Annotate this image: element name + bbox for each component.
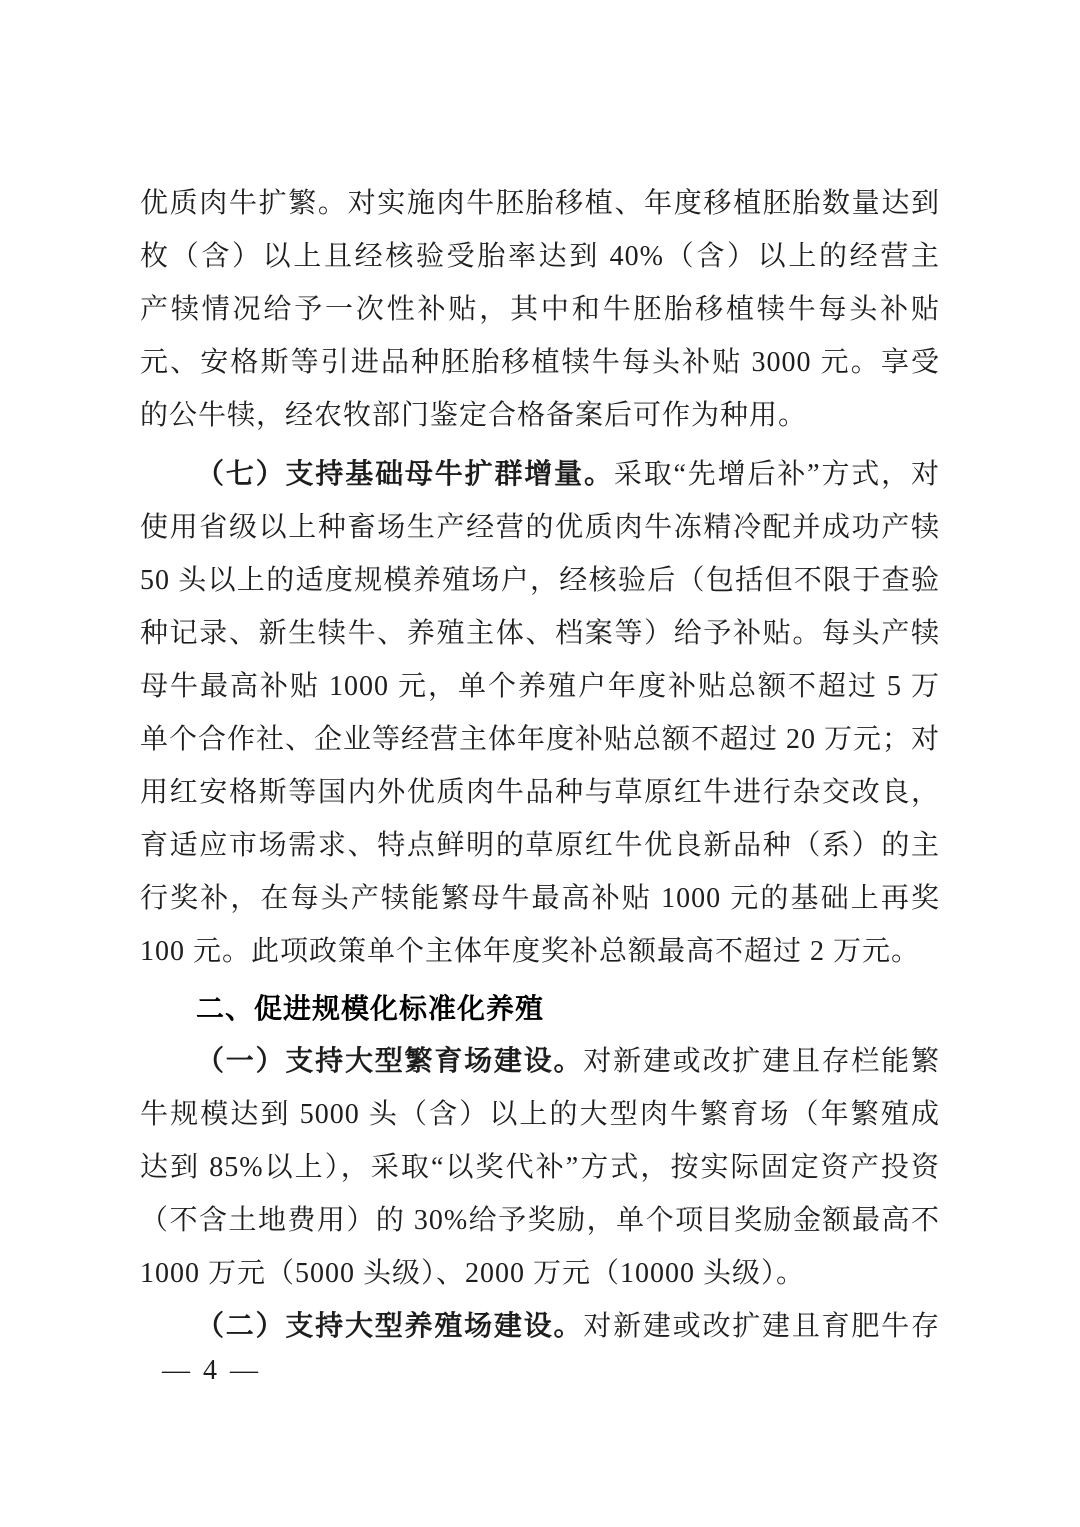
doc-line: （不含土地费用）的 30%给予奖励，单个项目奖励金额最高不超过 xyxy=(140,1194,940,1247)
line-text: 达到 85%以上），采取“以奖代补”方式，按实际固定资产投资总额 xyxy=(140,1152,940,1194)
doc-line: 优质肉牛扩繁。对实施肉牛胚胎移植、年度移植胚胎数量达到 20 xyxy=(140,177,940,230)
doc-line: 牛规模达到 5000 头（含）以上的大型肉牛繁育场（年繁殖成活率 xyxy=(140,1088,940,1141)
doc-line: 使用省级以上种畜场生产经营的优质肉牛冻精冷配并成功产犊 xyxy=(140,501,940,554)
heading-text: 二、促进规模化标准化养殖 xyxy=(196,993,544,1024)
line-text: 育适应市场需求、特点鲜明的草原红牛优良新品种（系）的主体进 xyxy=(140,830,940,872)
doc-line: 达到 85%以上），采取“以奖代补”方式，按实际固定资产投资总额 xyxy=(140,1141,940,1194)
line-text: 使用省级以上种畜场生产经营的优质肉牛冻精冷配并成功产犊 xyxy=(140,512,940,543)
doc-line: 100 元。此项政策单个主体年度奖补总额最高不超过 2 万元。 xyxy=(140,925,940,978)
doc-line: 50 头以上的适度规模养殖场户，经核验后（包括但不限于查验配 xyxy=(140,554,940,607)
line-text: 的公牛犊，经农牧部门鉴定合格备案后可作为种用。 xyxy=(140,400,807,431)
doc-line: 产犊情况给予一次性补贴，其中和牛胚胎移植犊牛每头补贴 4000 xyxy=(140,283,940,336)
line-text: 优质肉牛扩繁。对实施肉牛胚胎移植、年度移植胚胎数量达到 20 xyxy=(140,188,940,230)
doc-line: 行奖补，在每头产犊能繁母牛最高补贴 1000 元的基础上再奖补 xyxy=(140,872,940,925)
line-text: （不含土地费用）的 30%给予奖励，单个项目奖励金额最高不超过 xyxy=(140,1205,940,1247)
doc-line: （七）支持基础母牛扩群增量。采取“先增后补”方式，对通过 xyxy=(140,448,940,501)
line-text: 母牛最高补贴 1000 元，单个养殖户年度补贴总额不超过 5 万元， xyxy=(140,671,940,713)
doc-line: 母牛最高补贴 1000 元，单个养殖户年度补贴总额不超过 5 万元， xyxy=(140,660,940,713)
line-text: 枚（含）以上且经核验受胎率达到 40%（含）以上的经营主体，按 xyxy=(140,241,940,283)
clause-title: （七）支持基础母牛扩群增量。 xyxy=(196,459,614,490)
doc-line: 1000 万元（5000 头级）、2000 万元（10000 头级）。 xyxy=(140,1247,940,1300)
doc-line: 育适应市场需求、特点鲜明的草原红牛优良新品种（系）的主体进 xyxy=(140,819,940,872)
document-body: 优质肉牛扩繁。对实施肉牛胚胎移植、年度移植胚胎数量达到 20 枚（含）以上且经核… xyxy=(140,177,940,1353)
page-number: — 4 — xyxy=(162,1344,261,1397)
doc-line: 用红安格斯等国内外优质肉牛品种与草原红牛进行杂交改良，培 xyxy=(140,766,940,819)
doc-line: 枚（含）以上且经核验受胎率达到 40%（含）以上的经营主体，按 xyxy=(140,230,940,283)
doc-line: 单个合作社、企业等经营主体年度补贴总额不超过 20 万元；对利 xyxy=(140,713,940,766)
line-text: 100 元。此项政策单个主体年度奖补总额最高不超过 2 万元。 xyxy=(140,936,920,967)
line-text: 元、安格斯等引进品种胚胎移植犊牛每头补贴 3000 元。享受补贴 xyxy=(140,347,940,389)
clause-title: （二）支持大型养殖场建设。 xyxy=(196,1311,583,1342)
line-text: 1000 万元（5000 头级）、2000 万元（10000 头级）。 xyxy=(140,1258,805,1289)
line-text: 单个合作社、企业等经营主体年度补贴总额不超过 20 万元；对利 xyxy=(140,724,940,766)
clause-title: （一）支持大型繁育场建设。 xyxy=(196,1046,583,1077)
line-text: 牛规模达到 5000 头（含）以上的大型肉牛繁育场（年繁殖成活率 xyxy=(140,1099,940,1141)
line-text: 产犊情况给予一次性补贴，其中和牛胚胎移植犊牛每头补贴 4000 xyxy=(140,294,940,336)
document-page: { "page": { "background_color": "#ffffff… xyxy=(0,0,1080,1527)
doc-line: 元、安格斯等引进品种胚胎移植犊牛每头补贴 3000 元。享受补贴 xyxy=(140,336,940,389)
section-heading: 二、促进规模化标准化养殖 xyxy=(140,982,940,1035)
line-text: 行奖补，在每头产犊能繁母牛最高补贴 1000 元的基础上再奖补 xyxy=(140,883,940,925)
line-text: 用红安格斯等国内外优质肉牛品种与草原红牛进行杂交改良，培 xyxy=(140,777,940,819)
line-text: 50 头以上的适度规模养殖场户，经核验后（包括但不限于查验配 xyxy=(140,565,940,607)
doc-line: 种记录、新生犊牛、养殖主体、档案等）给予补贴。每头产犊能繁 xyxy=(140,607,940,660)
doc-line: （一）支持大型繁育场建设。对新建或改扩建且存栏能繁母 xyxy=(140,1035,940,1088)
line-text: 种记录、新生犊牛、养殖主体、档案等）给予补贴。每头产犊能繁 xyxy=(140,618,940,660)
doc-line: 的公牛犊，经农牧部门鉴定合格备案后可作为种用。 xyxy=(140,389,940,442)
